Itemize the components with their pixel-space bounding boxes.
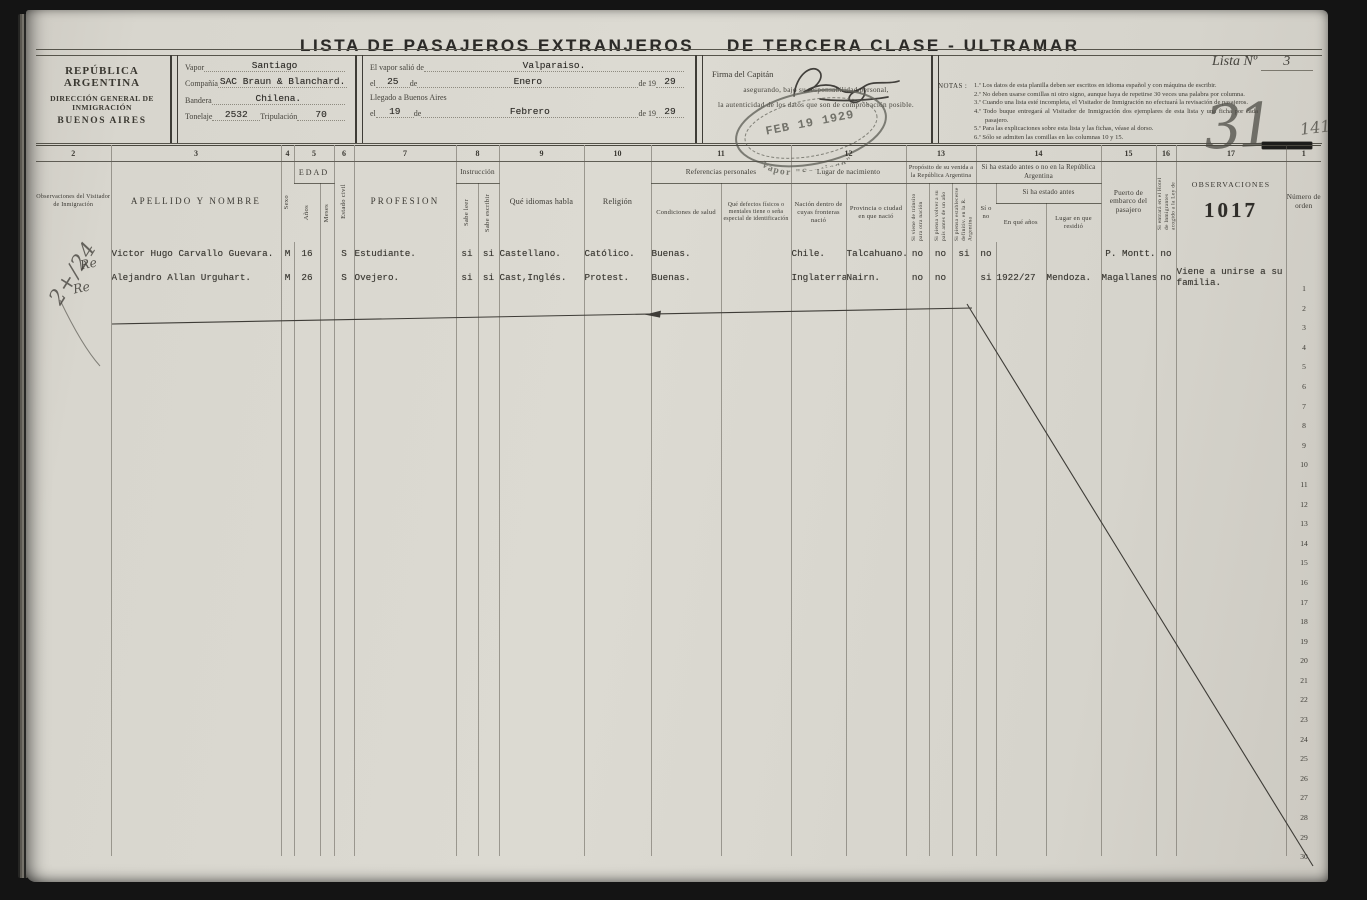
col-num: 4 (281, 146, 294, 162)
header-proposito-group: Propósito de su venida a la República Ar… (906, 162, 976, 184)
col-num: 10 (584, 146, 651, 162)
cell-profesion: Ovejero. (354, 266, 456, 290)
col-num: 14 (976, 146, 1101, 162)
header-sabe-escribir: Sabe escribir (478, 184, 499, 242)
header-estado-antes-group: Si ha estado antes o no en la República … (976, 162, 1101, 184)
cell-religion: Protest. (584, 266, 651, 290)
header-volver-pais: Si piensa volver a su país antes de un a… (929, 184, 952, 242)
cell-defectos (721, 266, 791, 290)
cell-defectos (721, 242, 791, 266)
ano-llegada: 29 (656, 106, 684, 118)
header-condiciones-salud: Condiciones de salud (651, 184, 721, 242)
bandera-value: Chilena. (212, 93, 345, 105)
cell-estado-civil: S (334, 242, 354, 266)
cell-transito: no (906, 242, 929, 266)
col-num: 3 (111, 146, 281, 162)
compania-value: SAC Braun & Blanchard. (218, 76, 347, 88)
voyage-info-box: El vapor salió de Valparaiso. el 25 de E… (362, 55, 692, 143)
cell-meses (320, 242, 334, 266)
tripulacion-label: Tripulación (260, 112, 297, 121)
passenger-table: 2 3 4 5 6 7 8 9 10 11 12 13 14 15 16 17 … (36, 145, 1321, 856)
col-num: 2 (36, 146, 111, 162)
bandera-label: Bandera (185, 96, 212, 105)
cell-sexo: M (281, 242, 294, 266)
agency-city: BUENOS AIRES (36, 116, 168, 126)
country-name: REPÚBLICA ARGENTINA (36, 65, 168, 89)
cell-lee: si (456, 266, 478, 290)
cell-obs-visitador (36, 242, 111, 266)
cell-nacion: Chile. (791, 242, 846, 266)
cell-lee: si (456, 242, 478, 266)
cell-lugar-residio: Mendoza. (1046, 266, 1101, 290)
col-num: 6 (334, 146, 354, 162)
header-profesion: PROFESION (354, 162, 456, 242)
cell-estado-antes: si (976, 266, 996, 290)
cell-name: Victor Hugo Carvallo Guevara. (111, 242, 281, 266)
header-instruccion-group: Instrucción (456, 162, 499, 184)
notas-label: NOTAS : (938, 82, 967, 91)
llegado-label: Llegado a Buenos Aires (370, 93, 447, 102)
cell-observaciones: Viene a unirse a su familia. (1176, 266, 1286, 290)
dia-salida: 25 (376, 76, 410, 88)
col-num: 9 (499, 146, 584, 162)
passenger-row: Victor Hugo Carvallo Guevara. M 16 S Est… (36, 242, 1321, 266)
col-num: 16 (1156, 146, 1176, 162)
header-apellido-nombre: APELLIDO Y NOMBRE (111, 162, 281, 242)
cell-idiomas: Cast,Inglés. (499, 266, 584, 290)
header-hotel-inmigrantes: Si entrará en el Hotel de Inmigrantes ac… (1156, 162, 1176, 242)
cell-volver: no (929, 242, 952, 266)
cell-volver: no (929, 266, 952, 290)
col-num: 5 (294, 146, 334, 162)
mes-llegada: Febrero (421, 106, 638, 118)
header-religion: Religión (584, 162, 651, 242)
agency-name: DIRECCIÓN GENERAL DE INMIGRACIÓN (36, 94, 168, 112)
header-establecerse: Si piensa establecerse definitiv. en la … (952, 184, 976, 242)
col-num: 11 (651, 146, 791, 162)
cell-escribe: si (478, 266, 499, 290)
passenger-row: Alejandro Allan Urguhart. M 26 S Ovejero… (36, 266, 1321, 290)
cell-estado-civil: S (334, 266, 354, 290)
header-observaciones-visitador: Observaciones del Visitador de Inmigraci… (36, 162, 111, 242)
header-nacimiento-group: Lugar de nacimiento (791, 162, 906, 184)
ano-salida: 29 (656, 76, 684, 88)
nota-item: 1.ª Los datos de esta planilla deben ser… (974, 82, 1258, 91)
col-num: 1 (1286, 146, 1321, 162)
cell-numero-orden (1286, 242, 1321, 266)
col-num: 17 (1176, 146, 1286, 162)
header-idiomas: Qué idiomas habla (499, 162, 584, 242)
header-puerto-embarco: Puerto de embarco del pasajero (1101, 162, 1156, 242)
header-meses: Meses (320, 184, 334, 242)
mes-salida: Enero (417, 76, 638, 88)
header-sexo: Sexo (281, 162, 294, 242)
column-number-row: 2 3 4 5 6 7 8 9 10 11 12 13 14 15 16 17 … (36, 146, 1321, 162)
cell-provincia: Nairn. (846, 266, 906, 290)
cell-puerto: Magallanes. (1101, 266, 1156, 290)
cell-religion: Católico. (584, 242, 651, 266)
header-observaciones: OBSERVACIONES 1017 (1176, 162, 1286, 242)
header-en-que-anos: En qué años (996, 204, 1046, 242)
header-estado-civil: Estado civil (334, 162, 354, 242)
cell-meses (320, 266, 334, 290)
dia-llegada: 19 (376, 106, 414, 118)
cell-name: Alejandro Allan Urguhart. (111, 266, 281, 290)
header-numero-orden: Número de orden (1286, 162, 1321, 242)
stamp-date: FEB 19 1929 (764, 108, 855, 139)
header-si-o-no: Sí o no (976, 184, 996, 242)
col-num: 15 (1101, 146, 1156, 162)
de19-label-2: de 19 (638, 109, 656, 118)
header-provincia: Provincia o ciudad en que nació (846, 184, 906, 242)
cell-establecerse (952, 266, 976, 290)
cell-escribe: si (478, 242, 499, 266)
tripulacion-value: 70 (297, 109, 345, 121)
scanned-document: LISTA DE PASAJEROS EXTRANJEROS DE TERCER… (0, 0, 1367, 900)
header-anos: Años (294, 184, 320, 242)
cell-establecerse: si (952, 242, 976, 266)
header-sabe-leer: Sabe leer (456, 184, 478, 242)
header-edad-group: EDAD (294, 162, 334, 184)
header-defectos: Qué defectos físicos o mentales tiene o … (721, 184, 791, 242)
stamped-number-1017: 1017 (1177, 198, 1286, 223)
col-num: 7 (354, 146, 456, 162)
cell-observaciones (1176, 242, 1286, 266)
cell-en-que-anos (996, 242, 1046, 266)
de-label: de (410, 79, 418, 88)
salio-label: El vapor salió de (370, 63, 424, 72)
col-num: 13 (906, 146, 976, 162)
de19-label: de 19 (638, 79, 656, 88)
empty-grid-area (36, 290, 1321, 856)
cell-sexo: M (281, 266, 294, 290)
vapor-label: Vapor (185, 63, 204, 72)
handwritten-number-141: 141 (1299, 116, 1332, 139)
cell-anos: 26 (294, 266, 320, 290)
cell-hotel: no (1156, 266, 1176, 290)
cell-puerto: P. Montt. (1101, 242, 1156, 266)
cell-nacion: Inglaterra. (791, 266, 846, 290)
cell-estado-antes: no (976, 242, 996, 266)
cell-lugar-residio (1046, 242, 1101, 266)
issuing-authority-box: REPÚBLICA ARGENTINA DIRECCIÓN GENERAL DE… (36, 55, 168, 143)
cell-en-que-anos: 1922/27 (996, 266, 1046, 290)
order-number-column: 1 2 3 4 5 6 7 8 9 10 11 12 13 14 15 16 1… (1288, 279, 1320, 867)
header-si-ha-estado-antes: Si ha estado antes (996, 184, 1101, 204)
salio-port: Valparaiso. (424, 60, 684, 72)
cell-hotel: no (1156, 242, 1176, 266)
compania-label: Compañía (185, 79, 218, 88)
col-num: 12 (791, 146, 906, 162)
cell-provincia: Talcahuano. (846, 242, 906, 266)
header-referencias-group: Referencias personales (651, 162, 791, 184)
cell-obs-visitador (36, 266, 111, 290)
header-transito: Si viene de tránsito para otra nación (906, 184, 929, 242)
header-lugar-residio: Lugar en que residió (1046, 204, 1101, 242)
tonelaje-label: Tonelaje (185, 112, 212, 121)
vapor-value: Santiago (204, 60, 345, 72)
cell-profesion: Estudiante. (354, 242, 456, 266)
cell-transito: no (906, 266, 929, 290)
header-nacion: Nación dentro de cuyas fronteras nació (791, 184, 846, 242)
tonelaje-value: 2532 (212, 109, 260, 121)
cell-anos: 16 (294, 242, 320, 266)
col-num: 8 (456, 146, 499, 162)
cell-salud: Buenas. (651, 242, 721, 266)
cell-idiomas: Castellano. (499, 242, 584, 266)
cell-salud: Buenas. (651, 266, 721, 290)
de-label-2: de (414, 109, 422, 118)
ship-info-box: Vapor Santiago Compañía SAC Braun & Blan… (177, 55, 353, 143)
